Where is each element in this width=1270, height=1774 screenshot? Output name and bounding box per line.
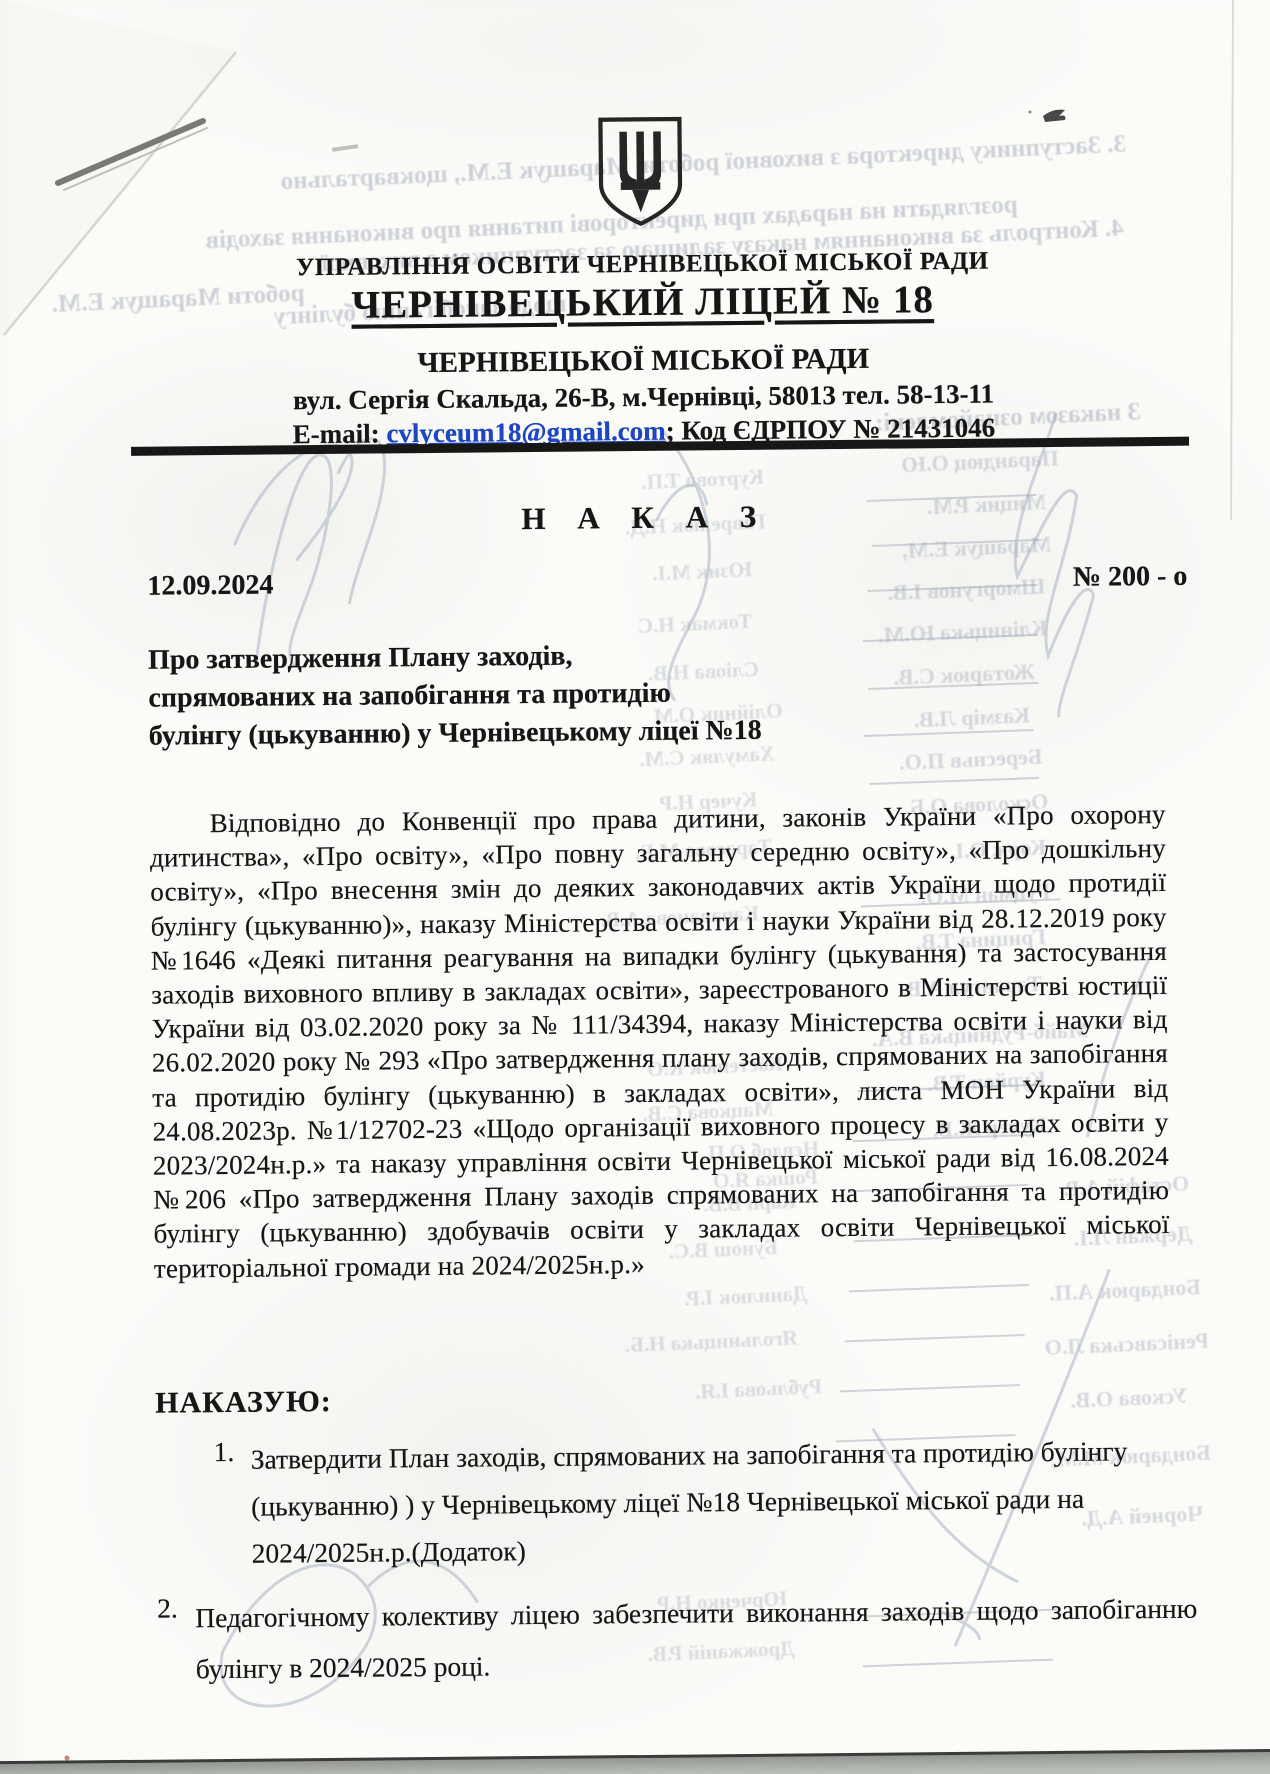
subject-line: булінгу (цькуванню) у Чернівецькому ліце… bbox=[149, 710, 929, 755]
order-subject: Про затвердження Плану заходів, спрямова… bbox=[148, 634, 929, 755]
order-preamble-paragraph: Відповідно до Конвенції про права дитини… bbox=[149, 797, 1170, 1286]
council-subtitle: ЧЕРНІВЕЦЬКОЇ МІСЬКОЇ РАДИ bbox=[135, 340, 1151, 383]
document-content: УПРАВЛІННЯ ОСВІТИ ЧЕРНІВЕЦЬКОЇ МІСЬКОЇ Р… bbox=[0, 0, 1270, 1761]
order-date: 12.09.2024 bbox=[147, 569, 273, 602]
order-number: № 200 - о bbox=[857, 561, 1187, 596]
order-item-text: Затвердити План заходів, спрямованих на … bbox=[251, 1427, 1200, 1577]
scanned-document-page: 3. Заступнику директора з виховної робот… bbox=[0, 0, 1270, 1774]
order-item-number: 2. bbox=[157, 1592, 178, 1624]
resolve-heading: НАКАЗУЮ: bbox=[155, 1385, 332, 1421]
document-type-title: Н А К А З bbox=[137, 495, 1153, 541]
trident-emblem-icon bbox=[593, 113, 688, 232]
order-item-text: Педагогічному колективу ліцею забезпечит… bbox=[195, 1583, 1198, 1695]
order-item-number: 1. bbox=[214, 1436, 235, 1468]
paper-sheet: 3. Заступнику директора з виховної робот… bbox=[0, 0, 1270, 1761]
school-name-title: ЧЕРНІВЕЦЬКИЙ ЛІЦЕЙ № 18 bbox=[134, 275, 1150, 330]
